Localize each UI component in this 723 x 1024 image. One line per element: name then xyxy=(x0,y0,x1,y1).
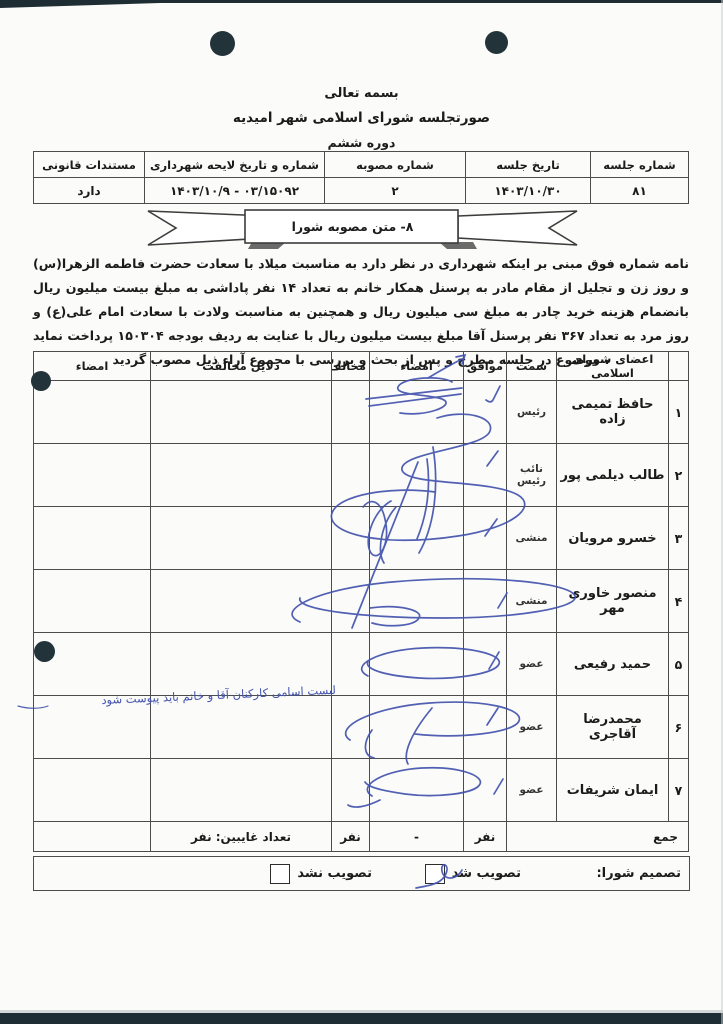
oppose-cell xyxy=(332,633,370,696)
agree-cell xyxy=(464,381,507,444)
agree-cell xyxy=(464,696,507,759)
resolution-number-value: ۲ xyxy=(325,178,466,204)
agree-cell xyxy=(464,759,507,822)
member-position: عضو xyxy=(507,696,557,759)
oppose-signature-cell xyxy=(34,444,151,507)
col-session-number: شماره جلسه xyxy=(591,152,689,178)
approved-checkbox xyxy=(425,864,445,884)
member-row: ۳ خسرو مرویان منشی xyxy=(34,507,689,570)
info-value-row: ۸۱ ۱۴۰۳/۱۰/۳۰ ۲ ۰۳/۱۵۰۹۲ - ۱۴۰۳/۱۰/۹ دار… xyxy=(34,178,689,204)
member-row: ۷ ایمان شریفات عضو xyxy=(34,759,689,822)
member-name: خسرو مرویان xyxy=(557,507,669,570)
oppose-reason-cell xyxy=(151,444,332,507)
member-number: ۲ xyxy=(669,444,689,507)
oppose-cell xyxy=(332,507,370,570)
member-name: محمدرضا آقاجری xyxy=(557,696,669,759)
session-number-value: ۸۱ xyxy=(591,178,689,204)
ink-dot-row5 xyxy=(34,641,55,662)
signature-cell xyxy=(370,759,464,822)
banner-title: ۸- متن مصوبه شورا xyxy=(247,211,458,242)
rejected-label: تصویب نشد xyxy=(297,866,372,881)
signature-cell xyxy=(370,381,464,444)
member-number: ۶ xyxy=(669,696,689,759)
decision-label: تصمیم شورا: xyxy=(596,857,681,890)
agree-cell xyxy=(464,570,507,633)
oppose-reason-cell xyxy=(151,381,332,444)
agree-cell xyxy=(464,633,507,696)
session-info-table: شماره جلسه تاریخ جلسه شماره مصوبه شماره … xyxy=(33,151,689,204)
signature-cell xyxy=(370,507,464,570)
totals-label: جمع xyxy=(507,822,689,852)
member-position: منشی xyxy=(507,570,557,633)
rejected-checkbox xyxy=(270,864,290,884)
col-legal-docs: مستندات قانونی xyxy=(34,152,145,178)
oppose-signature-cell xyxy=(34,381,151,444)
member-row: ۵ حمید رفیعی عضو xyxy=(34,633,689,696)
totals-signature-dash: - xyxy=(370,822,464,852)
member-position: عضو xyxy=(507,759,557,822)
oppose-reason-cell xyxy=(151,507,332,570)
oppose-cell xyxy=(332,570,370,633)
member-row: ۱ حافظ تمیمی زاده رئیس xyxy=(34,381,689,444)
col-resolution-number: شماره مصوبه xyxy=(325,152,466,178)
col-bill-number-date: شماره و تاریخ لایحه شهرداری xyxy=(145,152,325,178)
punch-hole-top-right xyxy=(210,31,235,56)
member-position: رئیس xyxy=(507,381,557,444)
col-agree: موافق xyxy=(464,352,507,381)
member-row: ۴ منصور خاوری مهر منشی xyxy=(34,570,689,633)
ink-dot-row1 xyxy=(31,371,51,391)
member-name: حمید رفیعی xyxy=(557,633,669,696)
oppose-cell xyxy=(332,759,370,822)
oppose-reason-cell xyxy=(151,570,332,633)
council-decision-strip: تصمیم شورا: تصویب شد تصویب نشد xyxy=(33,856,690,891)
document-header: بسمه تعالی صورتجلسه شورای اسلامی شهر امی… xyxy=(0,86,723,150)
member-name: ایمان شریفات xyxy=(557,759,669,822)
member-position: عضو xyxy=(507,633,557,696)
col-session-date: تاریخ جلسه xyxy=(466,152,591,178)
member-number: ۴ xyxy=(669,570,689,633)
oppose-cell xyxy=(332,444,370,507)
col-oppose: مخالف xyxy=(332,352,370,381)
info-header-row: شماره جلسه تاریخ جلسه شماره مصوبه شماره … xyxy=(34,152,689,178)
council-term: دوره ششم xyxy=(0,135,723,150)
col-member-name: اعضای شورای اسلامی xyxy=(557,352,669,381)
oppose-signature-cell xyxy=(34,759,151,822)
col-oppose-reasons: دلایل مخالفت xyxy=(151,352,332,381)
oppose-cell xyxy=(332,381,370,444)
member-number: ۳ xyxy=(669,507,689,570)
member-number: ۱ xyxy=(669,381,689,444)
oppose-signature-cell xyxy=(34,507,151,570)
col-signature-oppose: امضاء xyxy=(34,352,151,381)
document-title: صورتجلسه شورای اسلامی شهر امیدیه xyxy=(0,110,723,126)
signature-cell xyxy=(370,570,464,633)
signature-cell xyxy=(370,444,464,507)
totals-absent-label: تعداد غایبین: نفر xyxy=(151,822,332,852)
legal-docs-value: دارد xyxy=(34,178,145,204)
punch-hole-top-left xyxy=(485,31,508,54)
member-name: منصور خاوری مهر xyxy=(557,570,669,633)
members-body: ۱ حافظ تمیمی زاده رئیس ۲ طالب دیلمی پور … xyxy=(34,381,689,822)
oppose-reason-cell xyxy=(151,759,332,822)
col-signature-agree: امضاء xyxy=(370,352,464,381)
signature-cell xyxy=(370,696,464,759)
totals-blank-cell xyxy=(34,822,151,852)
oppose-signature-cell xyxy=(34,570,151,633)
agree-cell xyxy=(464,507,507,570)
agree-cell xyxy=(464,444,507,507)
bismillah-line: بسمه تعالی xyxy=(0,86,723,101)
member-position: نائب رئیس xyxy=(507,444,557,507)
totals-row: جمع نفر - نفر تعداد غایبین: نفر xyxy=(34,822,689,852)
members-vote-table: اعضای شورای اسلامی سمت موافق امضاء مخالف… xyxy=(33,351,689,852)
approved-label: تصویب شد xyxy=(452,866,521,881)
totals-oppose-count: نفر xyxy=(332,822,370,852)
totals-agree-count: نفر xyxy=(464,822,507,852)
member-position: منشی xyxy=(507,507,557,570)
member-number: ۷ xyxy=(669,759,689,822)
bill-number-date-value: ۰۳/۱۵۰۹۲ - ۱۴۰۳/۱۰/۹ xyxy=(145,178,325,204)
scanned-council-minutes-page: { "header": { "bismillah": "بسمه تعالی",… xyxy=(0,0,723,1024)
oppose-reason-cell xyxy=(151,696,332,759)
oppose-signature-cell xyxy=(34,633,151,696)
member-name: طالب دیلمی پور xyxy=(557,444,669,507)
member-number: ۵ xyxy=(669,633,689,696)
session-date-value: ۱۴۰۳/۱۰/۳۰ xyxy=(466,178,591,204)
resolution-text: نامه شماره فوق مبنی بر اینکه شهرداری در … xyxy=(33,252,689,351)
oppose-cell xyxy=(332,696,370,759)
signature-cell xyxy=(370,633,464,696)
decision-rejected-option: تصویب نشد xyxy=(270,857,372,890)
col-row-number xyxy=(669,352,689,381)
members-header-row: اعضای شورای اسلامی سمت موافق امضاء مخالف… xyxy=(34,352,689,381)
col-position: سمت xyxy=(507,352,557,381)
member-row: ۲ طالب دیلمی پور نائب رئیس xyxy=(34,444,689,507)
member-name: حافظ تمیمی زاده xyxy=(557,381,669,444)
decision-approved-option: تصویب شد xyxy=(425,857,521,890)
